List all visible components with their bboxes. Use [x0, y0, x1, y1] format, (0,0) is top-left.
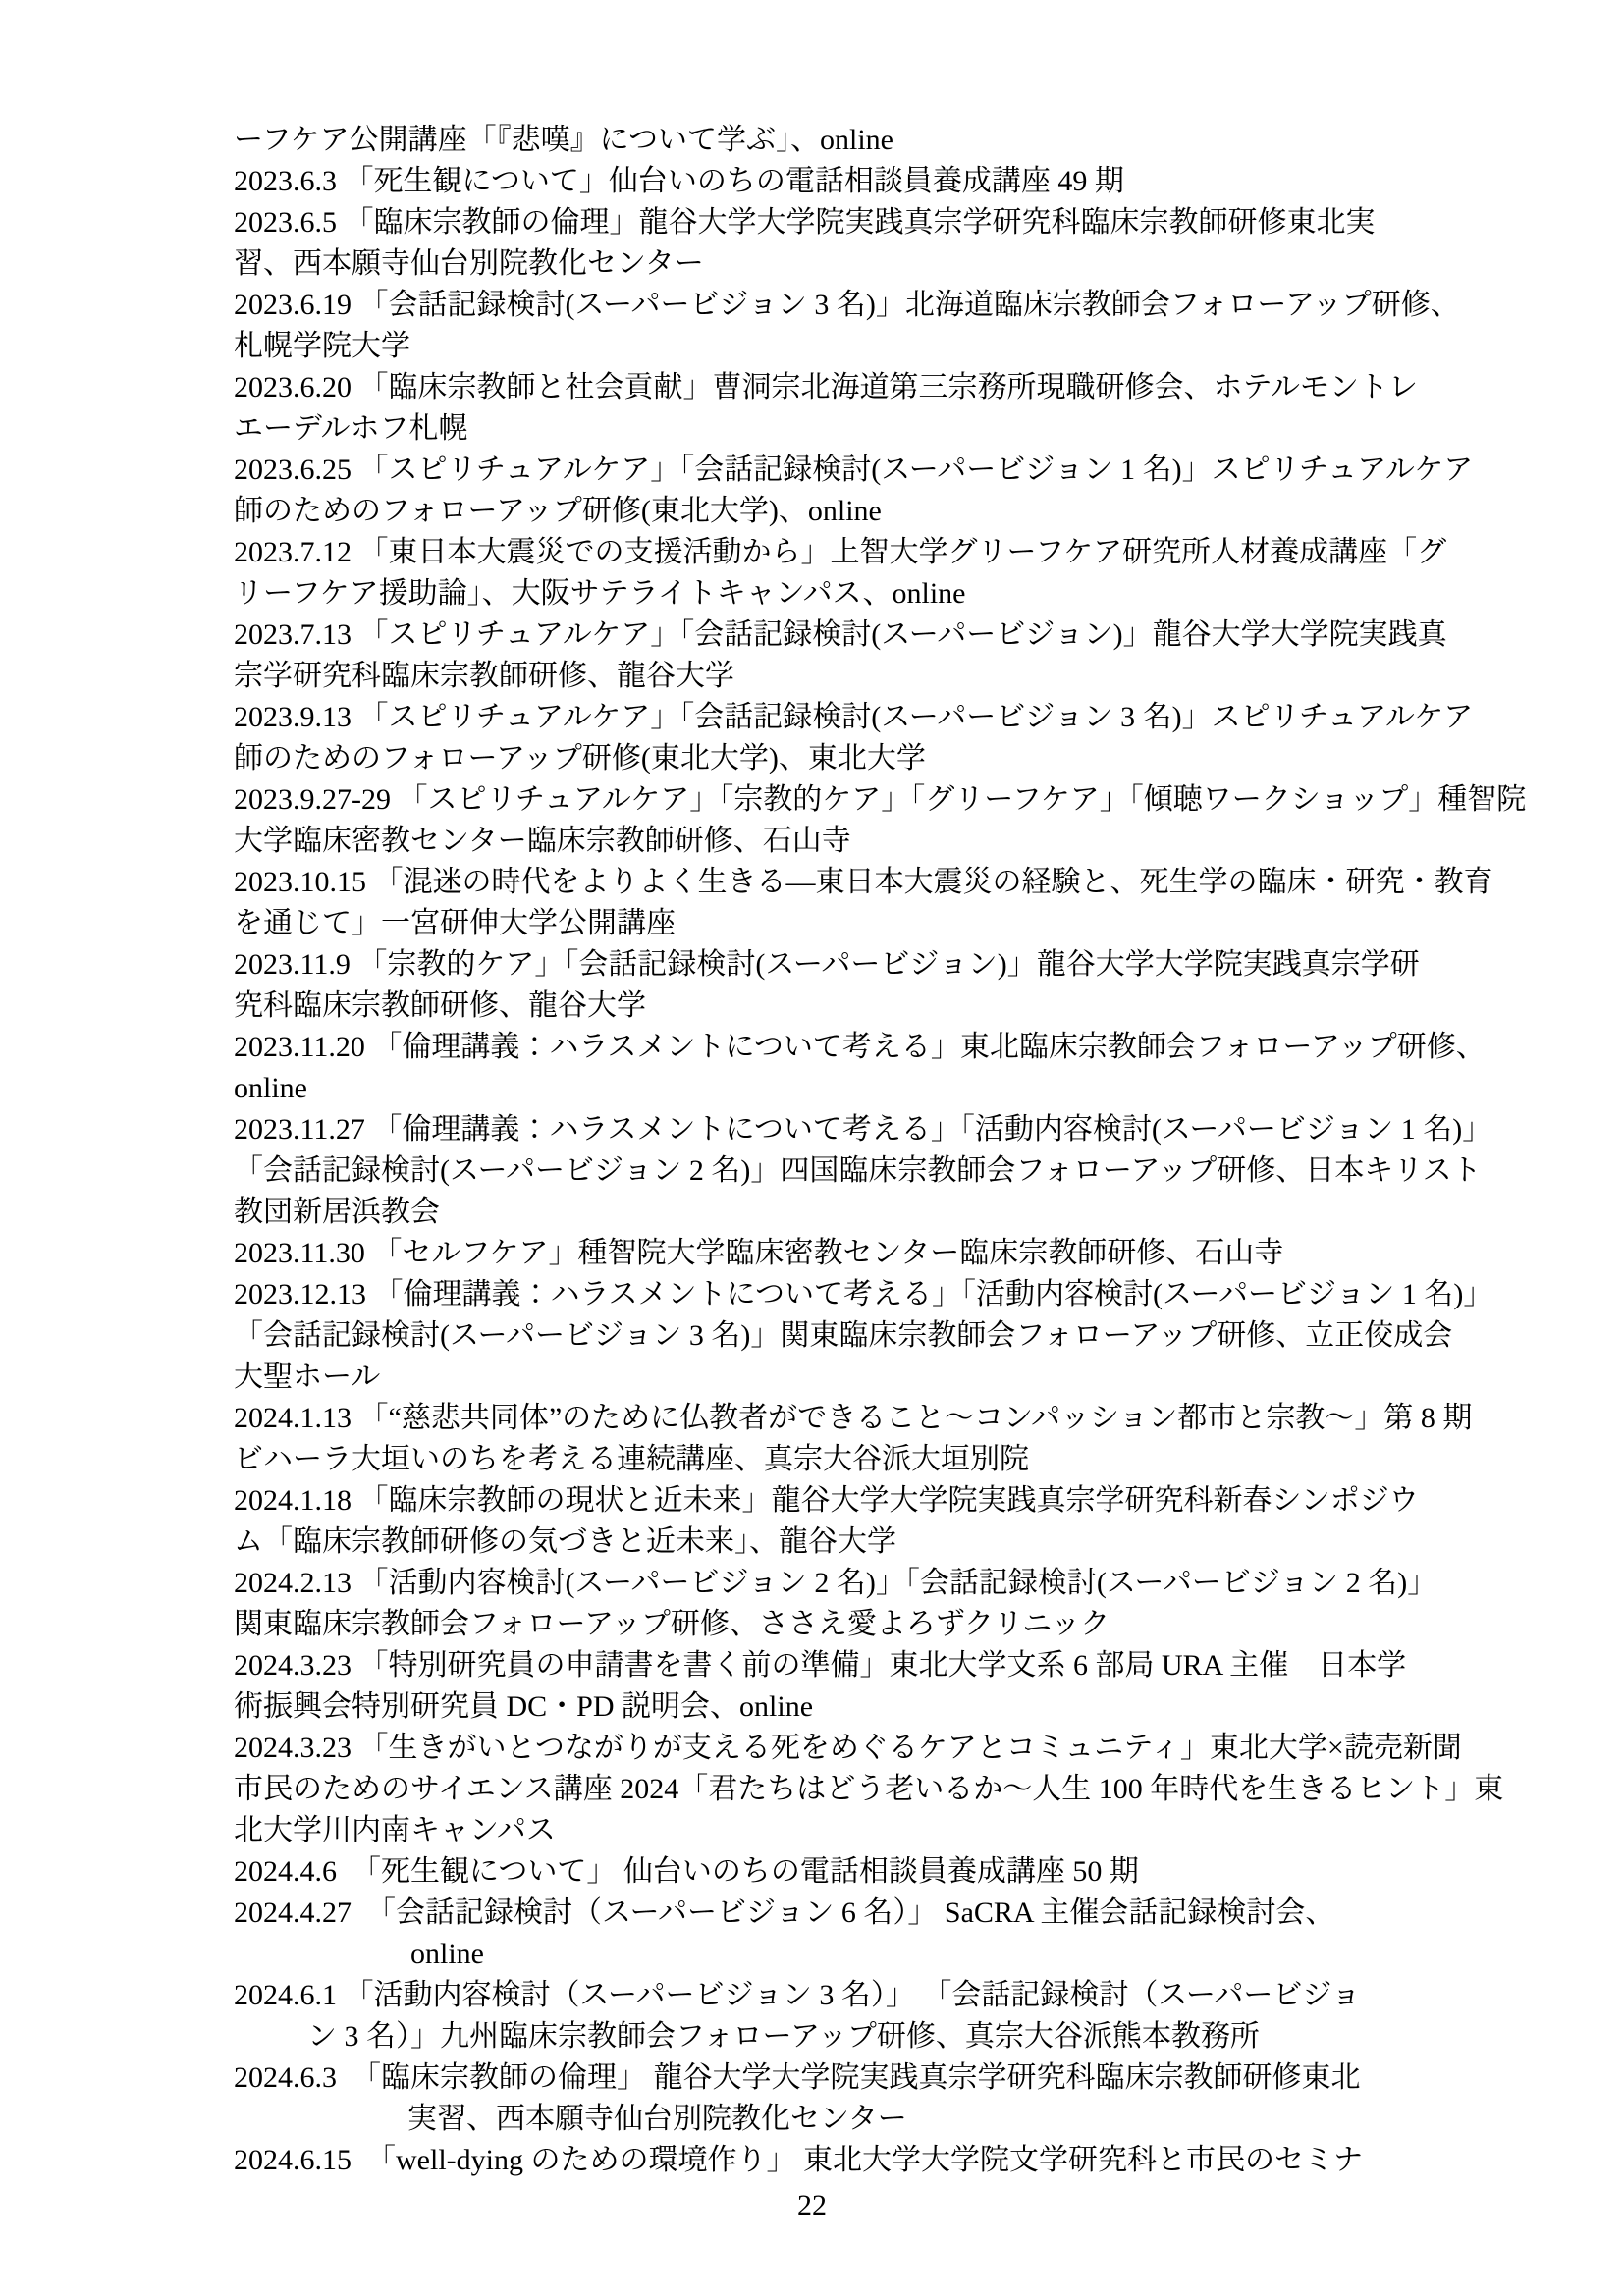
document-line: ン 3 名）」九州臨床宗教師会フォローアップ研修、真宗大谷派熊本教務所: [234, 2016, 1392, 2057]
document-line: 究科臨床宗教師研修、龍谷大学: [234, 986, 1392, 1027]
document-line: 2023.6.5 「臨床宗教師の倫理」龍谷大学大学院実践真宗学研究科臨床宗教師研…: [234, 202, 1392, 243]
document-line: 師のためのフォローアップ研修(東北大学)、online: [234, 491, 1392, 532]
document-line: 「会話記録検討(スーパービジョン 2 名)」四国臨床宗教師会フォローアップ研修、…: [234, 1150, 1392, 1192]
document-line: 北大学川内南キャンパス: [234, 1810, 1392, 1851]
document-line: 2023.6.25 「スピリチュアルケア」「会話記録検討(スーパービジョン 1 …: [234, 450, 1392, 491]
document-line: 習、西本願寺仙台別院教化センター: [234, 243, 1392, 285]
document-page: ーフケア公開講座「『悲嘆』について学ぶ」、online2023.6.3 「死生観…: [0, 0, 1624, 2296]
document-line: ム「臨床宗教師研修の気づきと近未来」、龍谷大学: [234, 1522, 1392, 1563]
document-line: 宗学研究科臨床宗教師研修、龍谷大学: [234, 656, 1392, 697]
document-line: online: [234, 1068, 1392, 1109]
document-line: エーデルホフ札幌: [234, 408, 1392, 450]
page-number: 22: [0, 2185, 1624, 2226]
document-line: 術振興会特別研究員 DC・PD 説明会、online: [234, 1686, 1392, 1728]
document-line: 2024.6.15 「well-dying のための環境作り」 東北大学大学院文…: [234, 2140, 1392, 2181]
document-line: を通じて」一宮研伸大学公開講座: [234, 903, 1392, 944]
document-line: 2023.10.15 「混迷の時代をよりよく生きる―東日本大震災の経験と、死生学…: [234, 862, 1392, 903]
document-line: 2023.6.3 「死生観について」仙台いのちの電話相談員養成講座 49 期: [234, 161, 1392, 202]
document-line: 「会話記録検討(スーパービジョン 3 名)」関東臨床宗教師会フォローアップ研修、…: [234, 1315, 1392, 1357]
document-line: 札幌学院大学: [234, 326, 1392, 367]
document-line: 実習、西本願寺仙台別院教化センター: [234, 2099, 1392, 2140]
document-line: online: [234, 1934, 1392, 1975]
document-line: 2024.2.13 「活動内容検討(スーパービジョン 2 名)」「会話記録検討(…: [234, 1563, 1392, 1604]
document-line: 2023.11.20 「倫理講義：ハラスメントについて考える」東北臨床宗教師会フ…: [234, 1027, 1392, 1068]
document-line: 2023.11.9 「宗教的ケア」「会話記録検討(スーパービジョン)」龍谷大学大…: [234, 944, 1392, 986]
document-line: 2023.9.27-29 「スピリチュアルケア」「宗教的ケア」「グリーフケア」「…: [234, 779, 1392, 821]
document-line: 市民のためのサイエンス講座 2024「君たちはどう老いるか〜人生 100 年時代…: [234, 1769, 1392, 1810]
document-line: 大学臨床密教センター臨床宗教師研修、石山寺: [234, 821, 1392, 862]
document-line: ビハーラ大垣いのちを考える連続講座、真宗大谷派大垣別院: [234, 1439, 1392, 1480]
document-line: 大聖ホール: [234, 1357, 1392, 1398]
document-line: 2023.12.13 「倫理講義：ハラスメントについて考える」「活動内容検討(ス…: [234, 1274, 1392, 1315]
document-line: 2023.9.13 「スピリチュアルケア」「会話記録検討(スーパービジョン 3 …: [234, 697, 1392, 738]
document-line: 2023.11.27 「倫理講義：ハラスメントについて考える」「活動内容検討(ス…: [234, 1109, 1392, 1150]
document-line: 2023.7.13 「スピリチュアルケア」「会話記録検討(スーパービジョン)」龍…: [234, 614, 1392, 656]
document-line: 2024.6.1 「活動内容検討（スーパービジョン 3 名）」 「会話記録検討（…: [234, 1975, 1392, 2016]
document-line: 2024.6.3 「臨床宗教師の倫理」 龍谷大学大学院実践真宗学研究科臨床宗教師…: [234, 2057, 1392, 2099]
document-line: 2024.1.13 「“慈悲共同体”のために仏教者ができること〜コンパッション都…: [234, 1398, 1392, 1439]
document-line: 関東臨床宗教師会フォローアップ研修、ささえ愛よろずクリニック: [234, 1604, 1392, 1645]
document-line: 2024.3.23 「生きがいとつながりが支える死をめぐるケアとコミュニティ」東…: [234, 1728, 1392, 1769]
document-line: 師のためのフォローアップ研修(東北大学)、東北大学: [234, 738, 1392, 779]
document-line: 2023.11.30 「セルフケア」種智院大学臨床密教センター臨床宗教師研修、石…: [234, 1233, 1392, 1274]
document-line: 2024.4.6 「死生観について」 仙台いのちの電話相談員養成講座 50 期: [234, 1851, 1392, 1893]
document-line: ーフケア公開講座「『悲嘆』について学ぶ」、online: [234, 120, 1392, 161]
document-line: 2023.6.20 「臨床宗教師と社会貢献」曹洞宗北海道第三宗務所現職研修会、ホ…: [234, 367, 1392, 408]
document-line: 教団新居浜教会: [234, 1192, 1392, 1233]
document-line: 2024.4.27 「会話記録検討（スーパービジョン 6 名）」 SaCRA 主…: [234, 1893, 1392, 1934]
document-line: 2023.6.19 「会話記録検討(スーパービジョン 3 名)」北海道臨床宗教師…: [234, 285, 1392, 326]
document-line: リーフケア援助論」、大阪サテライトキャンパス、online: [234, 573, 1392, 614]
lecture-list: ーフケア公開講座「『悲嘆』について学ぶ」、online2023.6.3 「死生観…: [234, 120, 1392, 2181]
document-line: 2023.7.12 「東日本大震災での支援活動から」上智大学グリーフケア研究所人…: [234, 532, 1392, 573]
document-line: 2024.3.23 「特別研究員の申請書を書く前の準備」東北大学文系 6 部局 …: [234, 1645, 1392, 1686]
document-line: 2024.1.18 「臨床宗教師の現状と近未来」龍谷大学大学院実践真宗学研究科新…: [234, 1480, 1392, 1522]
